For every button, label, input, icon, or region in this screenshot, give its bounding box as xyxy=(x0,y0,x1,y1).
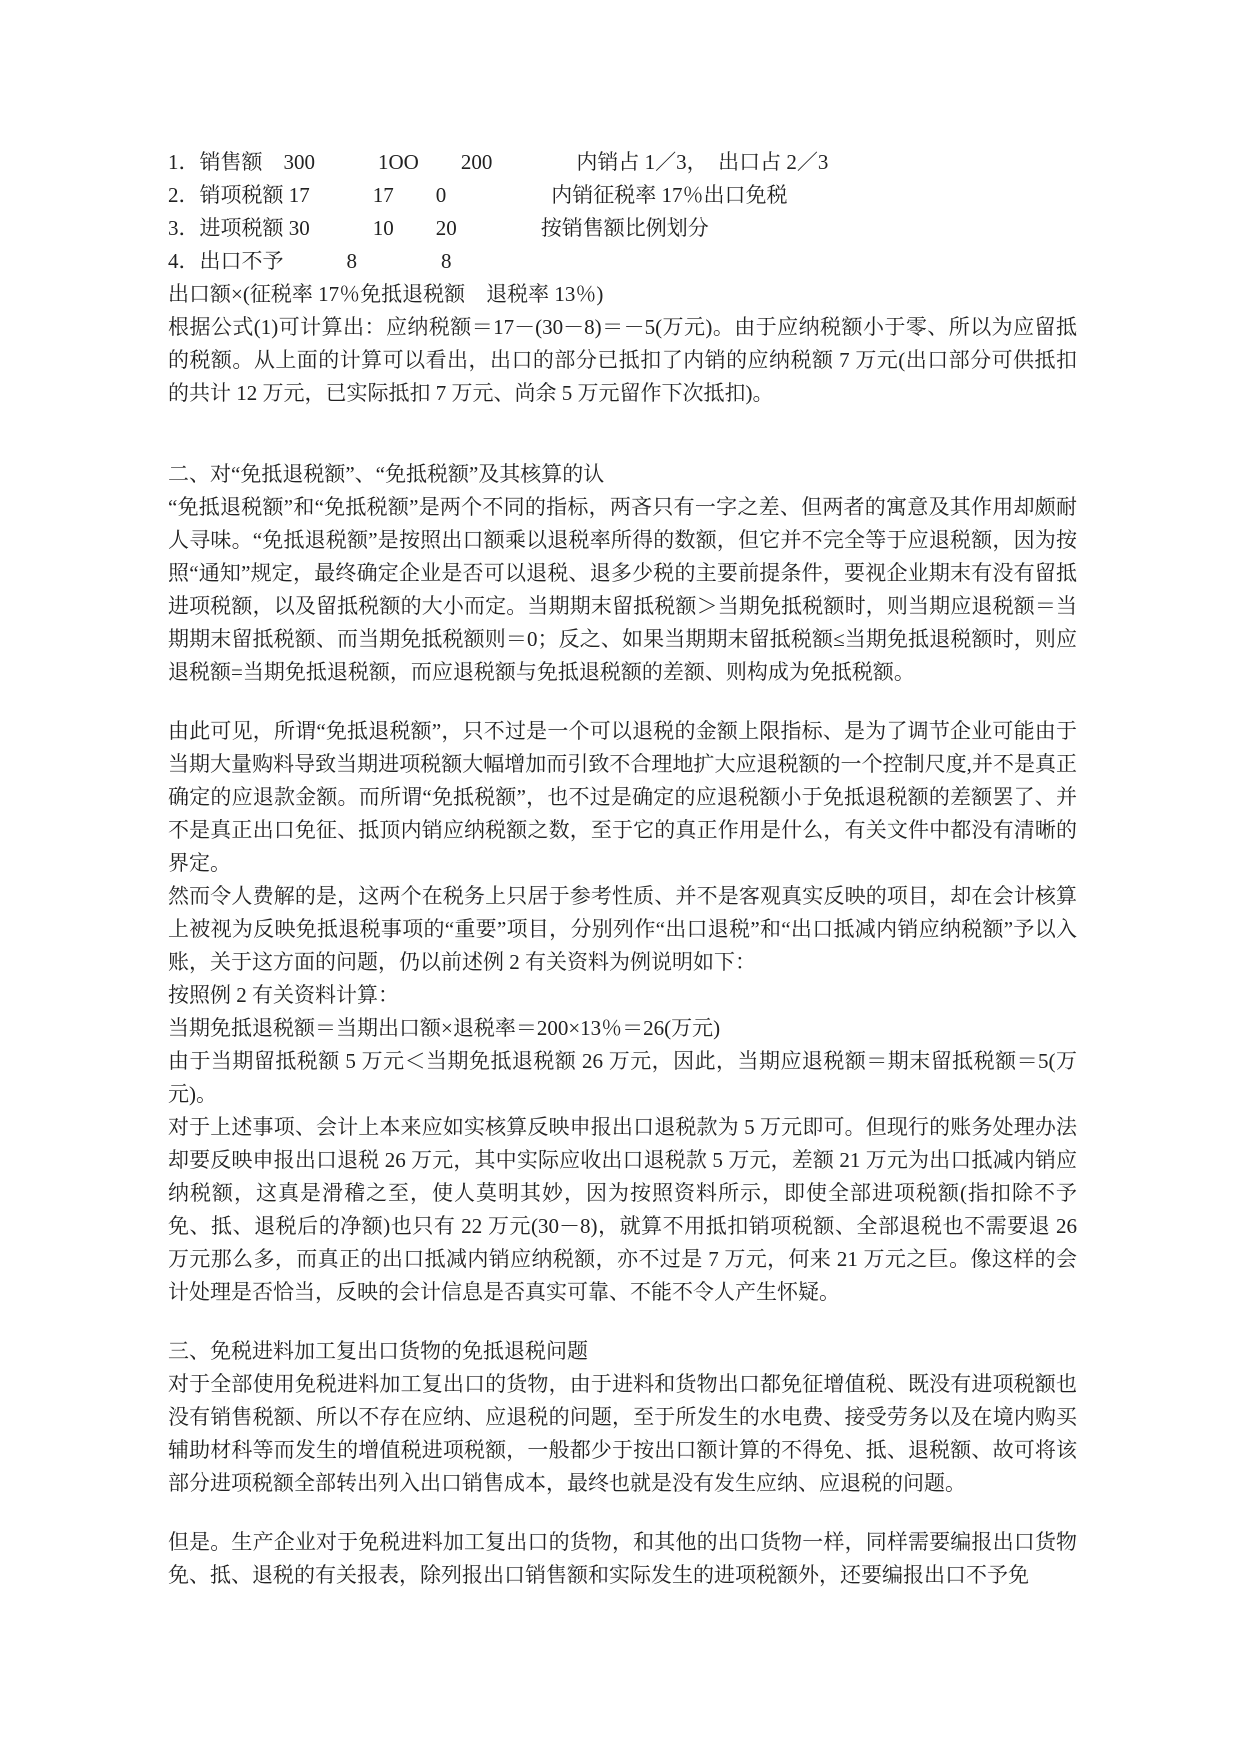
document-line: 当期免抵退税额＝当期出口额×退税率＝200×13％＝26(万元) xyxy=(168,1012,1077,1045)
document-paragraph: 但是。生产企业对于免税进料加工复出口的货物，和其他的出口货物一样，同样需要编报出… xyxy=(168,1526,1077,1592)
document-page: 1．销售额 300 1OO 200 内销占 1／3， 出口占 2／32．销项税额… xyxy=(0,0,1241,1754)
document-paragraph: 由于当期留抵税额 5 万元＜当期免抵退税额 26 万元，因此，当期应退税额＝期末… xyxy=(168,1045,1077,1111)
document-line: 3．进项税额 30 10 20 按销售额比例划分 xyxy=(168,212,1077,245)
paragraph-spacer xyxy=(168,1309,1077,1335)
section-heading: 三、免税进料加工复出口货物的免抵退税问题 xyxy=(168,1335,1077,1368)
document-paragraph: 对于上述事项、会计上本来应如实核算反映申报出口退税款为 5 万元即可。但现行的账… xyxy=(168,1111,1077,1309)
document-paragraph: 对于全部使用免税进料加工复出口的货物，由于进料和货物出口都免征增值税、既没有进项… xyxy=(168,1368,1077,1500)
document-line: 4．出口不予 8 8 xyxy=(168,245,1077,278)
paragraph-spacer xyxy=(168,1500,1077,1526)
document-line: 1．销售额 300 1OO 200 内销占 1／3， 出口占 2／3 xyxy=(168,146,1077,179)
section-heading: 二、对“免抵退税额”、“免抵税额”及其核算的认 xyxy=(168,458,1077,491)
document-body: 1．销售额 300 1OO 200 内销占 1／3， 出口占 2／32．销项税额… xyxy=(168,146,1077,1592)
paragraph-spacer xyxy=(168,410,1077,458)
document-paragraph: 然而令人费解的是，这两个在税务上只居于参考性质、并不是客观真实反映的项目，却在会… xyxy=(168,880,1077,979)
document-paragraph: 根据公式(1)可计算出：应纳税额＝17－(30－8)＝－5(万元)。由于应纳税额… xyxy=(168,311,1077,410)
document-line: 2．销项税额 17 17 0 内销征税率 17％出口免税 xyxy=(168,179,1077,212)
document-paragraph: “免抵退税额”和“免抵税额”是两个不同的指标，两吝只有一字之差、但两者的寓意及其… xyxy=(168,491,1077,689)
document-paragraph: 由此可见，所谓“免抵退税额”，只不过是一个可以退税的金额上限指标、是为了调节企业… xyxy=(168,715,1077,880)
document-line: 出口额×(征税率 17％免抵退税额 退税率 13％) xyxy=(168,278,1077,311)
paragraph-spacer xyxy=(168,689,1077,715)
document-line: 按照例 2 有关资料计算： xyxy=(168,979,1077,1012)
